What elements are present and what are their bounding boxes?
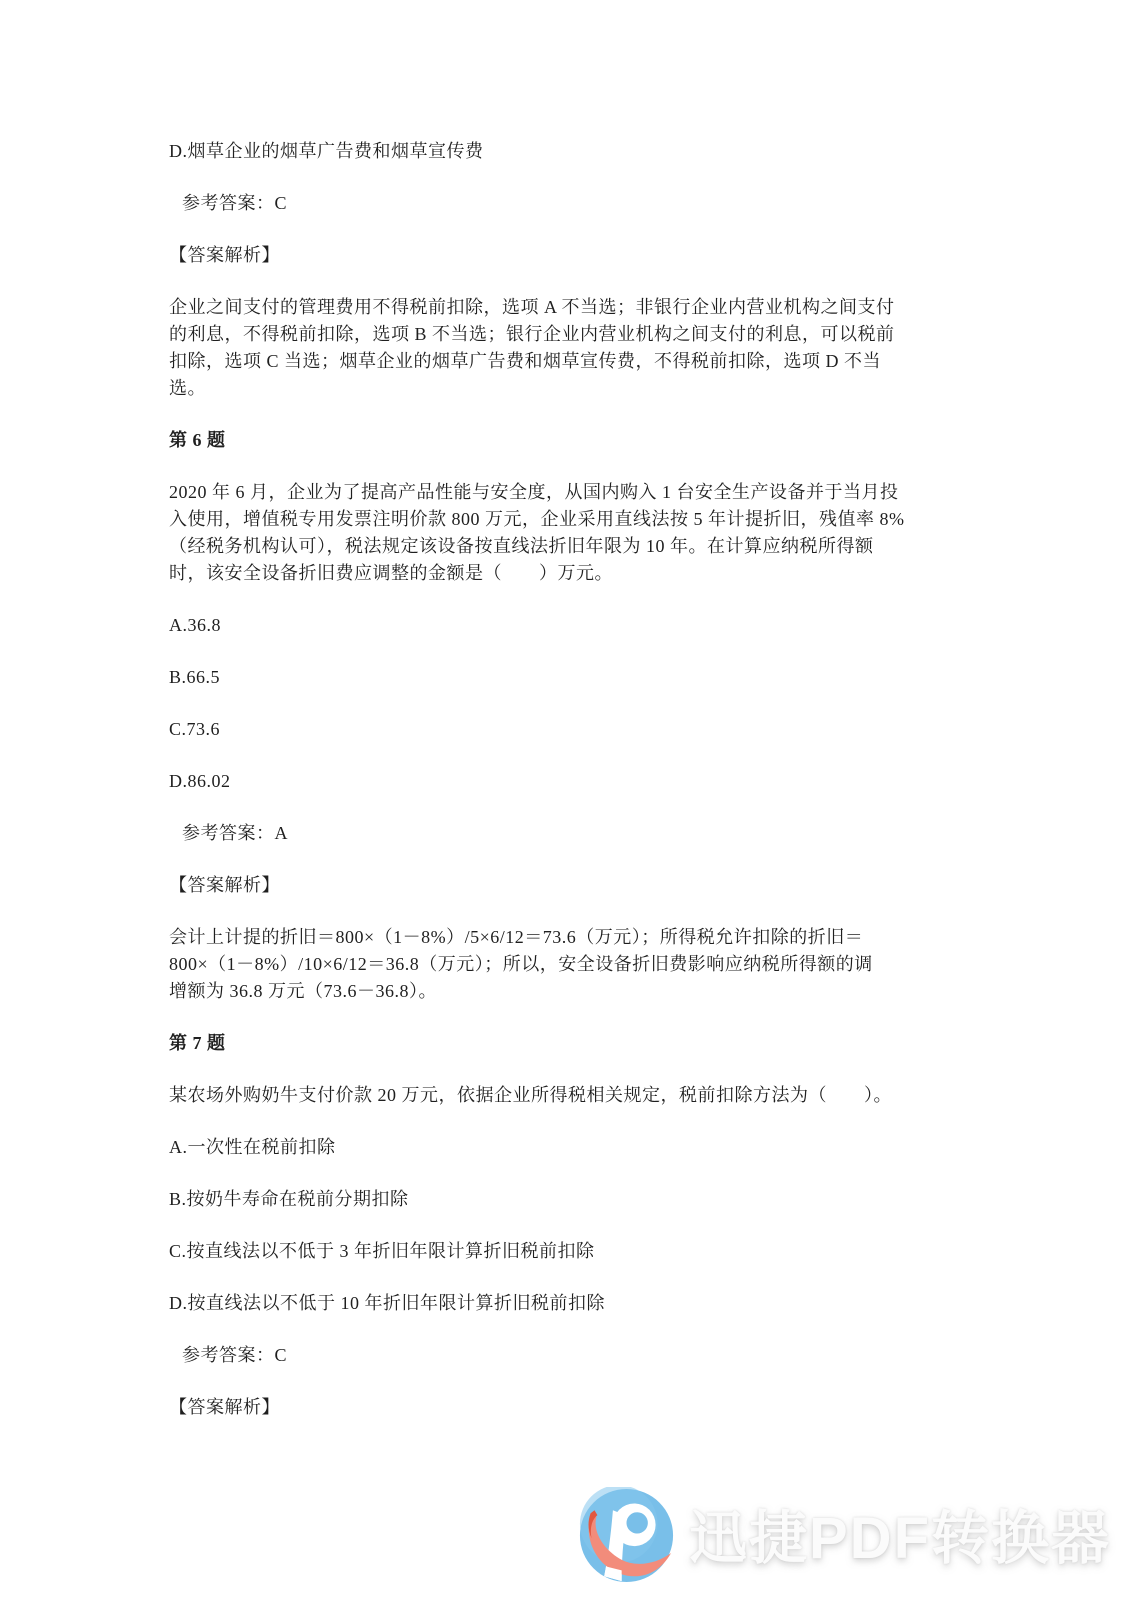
question-number: 第 6 题 [169, 427, 1049, 454]
option-text: A.一次性在税前扣除 [169, 1134, 1049, 1161]
paragraph-line: 扣除，选项 C 当选；烟草企业的烟草广告费和烟草宣传费，不得税前扣除，选项 D … [169, 348, 1049, 375]
paragraph-line: 会计上计提的折旧＝800×（1－8%）/5×6/12＝73.6（万元）；所得税允… [169, 924, 1049, 951]
q7-heading: 第 7 题 [169, 1030, 1049, 1057]
answer-text: 参考答案：A [169, 820, 1049, 847]
paragraph-line: 增额为 36.8 万元（73.6－36.8）。 [169, 978, 1049, 1005]
q7-option-b: B.按奶牛寿命在税前分期扣除 [169, 1186, 1049, 1213]
q7-option-a: A.一次性在税前扣除 [169, 1134, 1049, 1161]
option-text: B.按奶牛寿命在税前分期扣除 [169, 1186, 1049, 1213]
paragraph-line: （经税务机构认可），税法规定该设备按直线法折旧年限为 10 年。在计算应纳税所得… [169, 533, 1049, 560]
pdf-converter-watermark-text: 迅捷PDF转换器 [689, 1491, 1111, 1575]
q6-option-d: D.86.02 [169, 768, 1049, 795]
q5-analysis-paragraph: 企业之间支付的管理费用不得税前扣除，选项 A 不当选；非银行企业内营业机构之间支… [169, 294, 1049, 402]
option-text: B.66.5 [169, 664, 1049, 691]
q6-answer: 参考答案：A [169, 820, 1049, 847]
option-text: D.86.02 [169, 768, 1049, 795]
pdf-converter-logo-icon [578, 1487, 675, 1584]
answer-text: 参考答案：C [169, 190, 1049, 217]
paragraph-line: 选。 [169, 375, 1049, 402]
document-content: D.烟草企业的烟草广告费和烟草宣传费 参考答案：C 【答案解析】 企业之间支付的… [169, 138, 1049, 1446]
q6-option-a: A.36.8 [169, 612, 1049, 639]
question-number: 第 7 题 [169, 1030, 1049, 1057]
q5-answer: 参考答案：C [169, 190, 1049, 217]
document-page: D.烟草企业的烟草广告费和烟草宣传费 参考答案：C 【答案解析】 企业之间支付的… [0, 0, 1131, 1600]
paragraph-line: 的利息，不得税前扣除，选项 B 不当选；银行企业内营业机构之间支付的利息，可以税… [169, 321, 1049, 348]
answer-text: 参考答案：C [169, 1342, 1049, 1369]
q6-question-paragraph: 2020 年 6 月，企业为了提高产品性能与安全度，从国内购入 1 台安全生产设… [169, 479, 1049, 587]
pdf-converter-watermark: 迅捷PDF转换器 [578, 1470, 1118, 1595]
q6-analysis-paragraph: 会计上计提的折旧＝800×（1－8%）/5×6/12＝73.6（万元）；所得税允… [169, 924, 1049, 1005]
option-text: C.73.6 [169, 716, 1049, 743]
option-text: C.按直线法以不低于 3 年折旧年限计算折旧税前扣除 [169, 1238, 1049, 1265]
option-text: D.烟草企业的烟草广告费和烟草宣传费 [169, 138, 1049, 165]
q7-answer: 参考答案：C [169, 1342, 1049, 1369]
paragraph-line: 800×（1－8%）/10×6/12＝36.8（万元）；所以，安全设备折旧费影响… [169, 951, 1049, 978]
analysis-heading-text: 【答案解析】 [169, 1394, 1049, 1421]
option-text: A.36.8 [169, 612, 1049, 639]
q7-question-paragraph: 某农场外购奶牛支付价款 20 万元，依据企业所得税相关规定，税前扣除方法为（ ）… [169, 1082, 1049, 1109]
q6-analysis-heading: 【答案解析】 [169, 872, 1049, 899]
paragraph-line: 2020 年 6 月，企业为了提高产品性能与安全度，从国内购入 1 台安全生产设… [169, 479, 1049, 506]
paragraph-line: 某农场外购奶牛支付价款 20 万元，依据企业所得税相关规定，税前扣除方法为（ ）… [169, 1082, 1049, 1109]
paragraph-line: 时，该安全设备折旧费应调整的金额是（ ）万元。 [169, 560, 1049, 587]
q7-option-d: D.按直线法以不低于 10 年折旧年限计算折旧税前扣除 [169, 1290, 1049, 1317]
q5-analysis-heading: 【答案解析】 [169, 242, 1049, 269]
q6-option-b: B.66.5 [169, 664, 1049, 691]
paragraph-line: 企业之间支付的管理费用不得税前扣除，选项 A 不当选；非银行企业内营业机构之间支… [169, 294, 1049, 321]
q6-heading: 第 6 题 [169, 427, 1049, 454]
q7-option-c: C.按直线法以不低于 3 年折旧年限计算折旧税前扣除 [169, 1238, 1049, 1265]
paragraph-line: 入使用，增值税专用发票注明价款 800 万元，企业采用直线法按 5 年计提折旧，… [169, 506, 1049, 533]
q6-option-c: C.73.6 [169, 716, 1049, 743]
q7-analysis-heading: 【答案解析】 [169, 1394, 1049, 1421]
analysis-heading-text: 【答案解析】 [169, 242, 1049, 269]
option-text: D.按直线法以不低于 10 年折旧年限计算折旧税前扣除 [169, 1290, 1049, 1317]
analysis-heading-text: 【答案解析】 [169, 872, 1049, 899]
q5-option-d: D.烟草企业的烟草广告费和烟草宣传费 [169, 138, 1049, 165]
